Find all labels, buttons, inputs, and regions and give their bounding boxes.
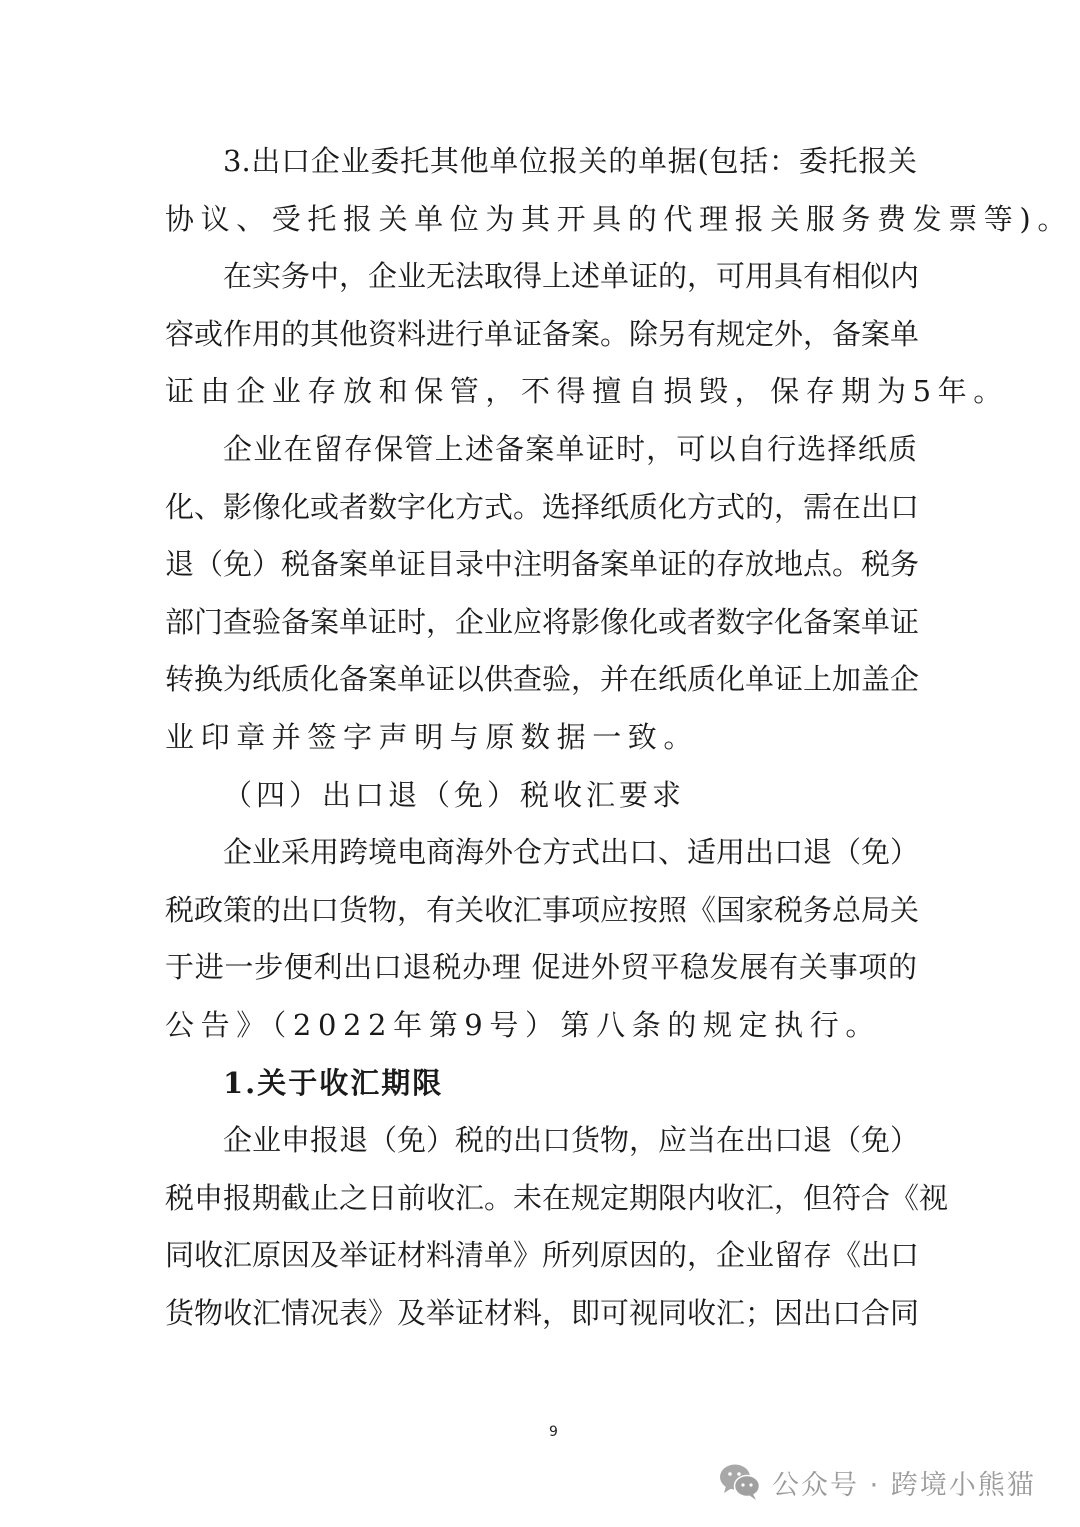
text-line: 容或作用的其他资料进行单证备案。除另有规定外，备案单: [165, 306, 917, 364]
text-line: 业印章并签字声明与原数据一致。: [165, 709, 917, 767]
document-page: 3.出口企业委托其他单位报关的单据(包括：委托报关 协议、受托报关单位为其开具的…: [0, 0, 1080, 1527]
watermark: 公众号 · 跨境小熊猫: [718, 1462, 1036, 1502]
text-line: 企业在留存保管上述备案单证时，可以自行选择纸质: [165, 421, 917, 479]
text-line: 部门查验备案单证时，企业应将影像化或者数字化备案单证: [165, 594, 917, 652]
text-line: 在实务中，企业无法取得上述单证的，可用具有相似内: [165, 248, 917, 306]
watermark-text: 公众号 · 跨境小熊猫: [772, 1463, 1036, 1502]
text-line: 企业申报退（免）税的出口货物，应当在出口退（免）: [165, 1112, 917, 1170]
text-line: 公告》（2022年第9号）第八条的规定执行。: [165, 997, 917, 1055]
subsection-heading: 1.关于收汇期限: [165, 1055, 917, 1113]
text-line: 转换为纸质化备案单证以供查验，并在纸质化单证上加盖企: [165, 651, 917, 709]
page-number: 9: [549, 1424, 558, 1440]
text-line: 协议、受托报关单位为其开具的代理报关服务费发票等)。: [165, 191, 917, 249]
text-line: 企业采用跨境电商海外仓方式出口、适用出口退（免）: [165, 824, 917, 882]
text-line: 退（免）税备案单证目录中注明备案单证的存放地点。税务: [165, 536, 917, 594]
text-line: 同收汇原因及举证材料清单》所列原因的，企业留存《出口: [165, 1227, 917, 1285]
text-line: 证由企业存放和保管，不得擅自损毁，保存期为5年。: [165, 363, 917, 421]
text-line: 货物收汇情况表》及举证材料，即可视同收汇；因出口合同: [165, 1285, 917, 1343]
wechat-icon: [718, 1462, 762, 1502]
text-line: 化、影像化或者数字化方式。选择纸质化方式的，需在出口: [165, 479, 917, 537]
text-line: 于进一步便利出口退税办理 促进外贸平稳发展有关事项的: [165, 939, 917, 997]
text-line: 3.出口企业委托其他单位报关的单据(包括：委托报关: [165, 133, 917, 191]
document-body: 3.出口企业委托其他单位报关的单据(包括：委托报关 协议、受托报关单位为其开具的…: [165, 133, 917, 1342]
text-line: 税申报期截止之日前收汇。未在规定期限内收汇，但符合《视: [165, 1170, 917, 1228]
text-line: 税政策的出口货物，有关收汇事项应按照《国家税务总局关: [165, 882, 917, 940]
section-heading: （四）出口退（免）税收汇要求: [165, 767, 917, 825]
